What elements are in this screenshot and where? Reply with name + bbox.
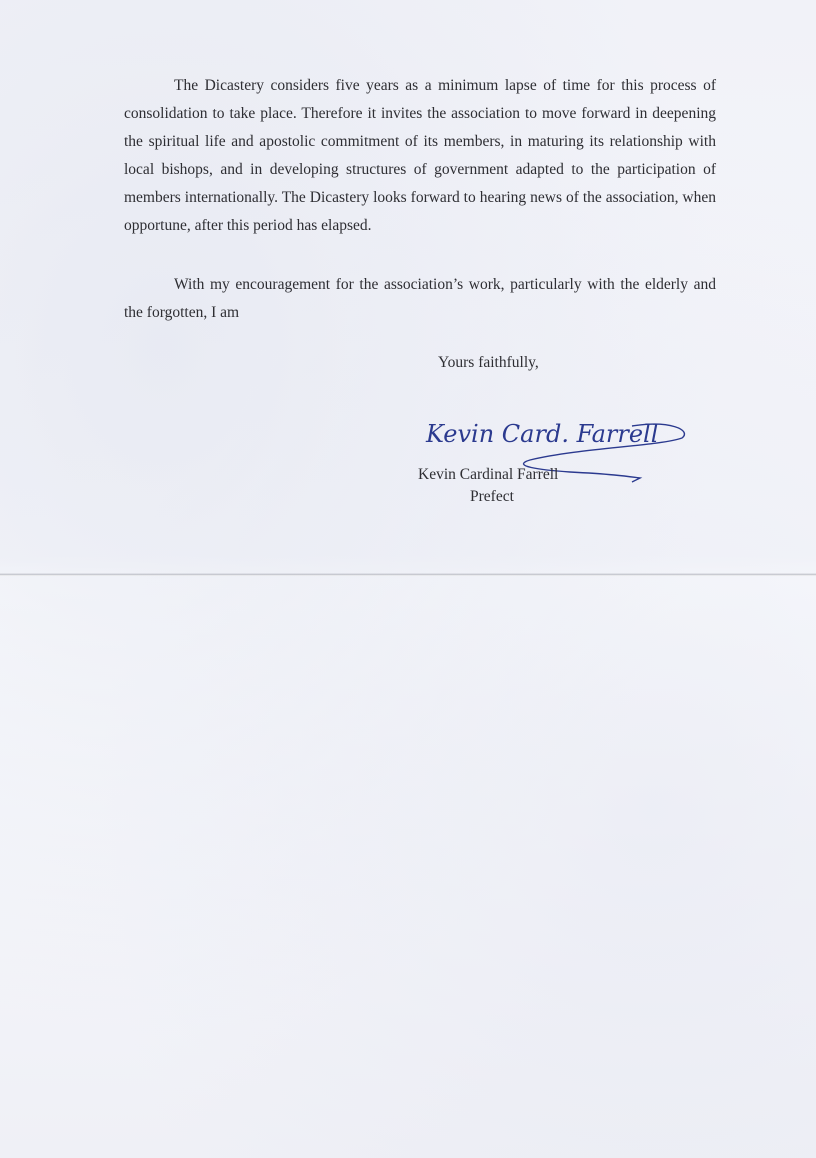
closing-salutation: Yours faithfully, bbox=[438, 354, 539, 372]
signer-name: Kevin Cardinal Farrell bbox=[418, 466, 558, 484]
signature-text: Kevin Card. Farrell bbox=[425, 420, 658, 448]
signer-title: Prefect bbox=[470, 488, 514, 506]
paper-fold-crease bbox=[0, 573, 816, 576]
paragraph-1-text: The Dicastery considers five years as a … bbox=[124, 77, 716, 234]
letter-page: The Dicastery considers five years as a … bbox=[0, 0, 816, 1158]
body-paragraph-1: The Dicastery considers five years as a … bbox=[124, 72, 716, 240]
body-paragraph-2: With my encouragement for the associatio… bbox=[124, 271, 716, 327]
paragraph-2-text: With my encouragement for the associatio… bbox=[124, 276, 716, 321]
